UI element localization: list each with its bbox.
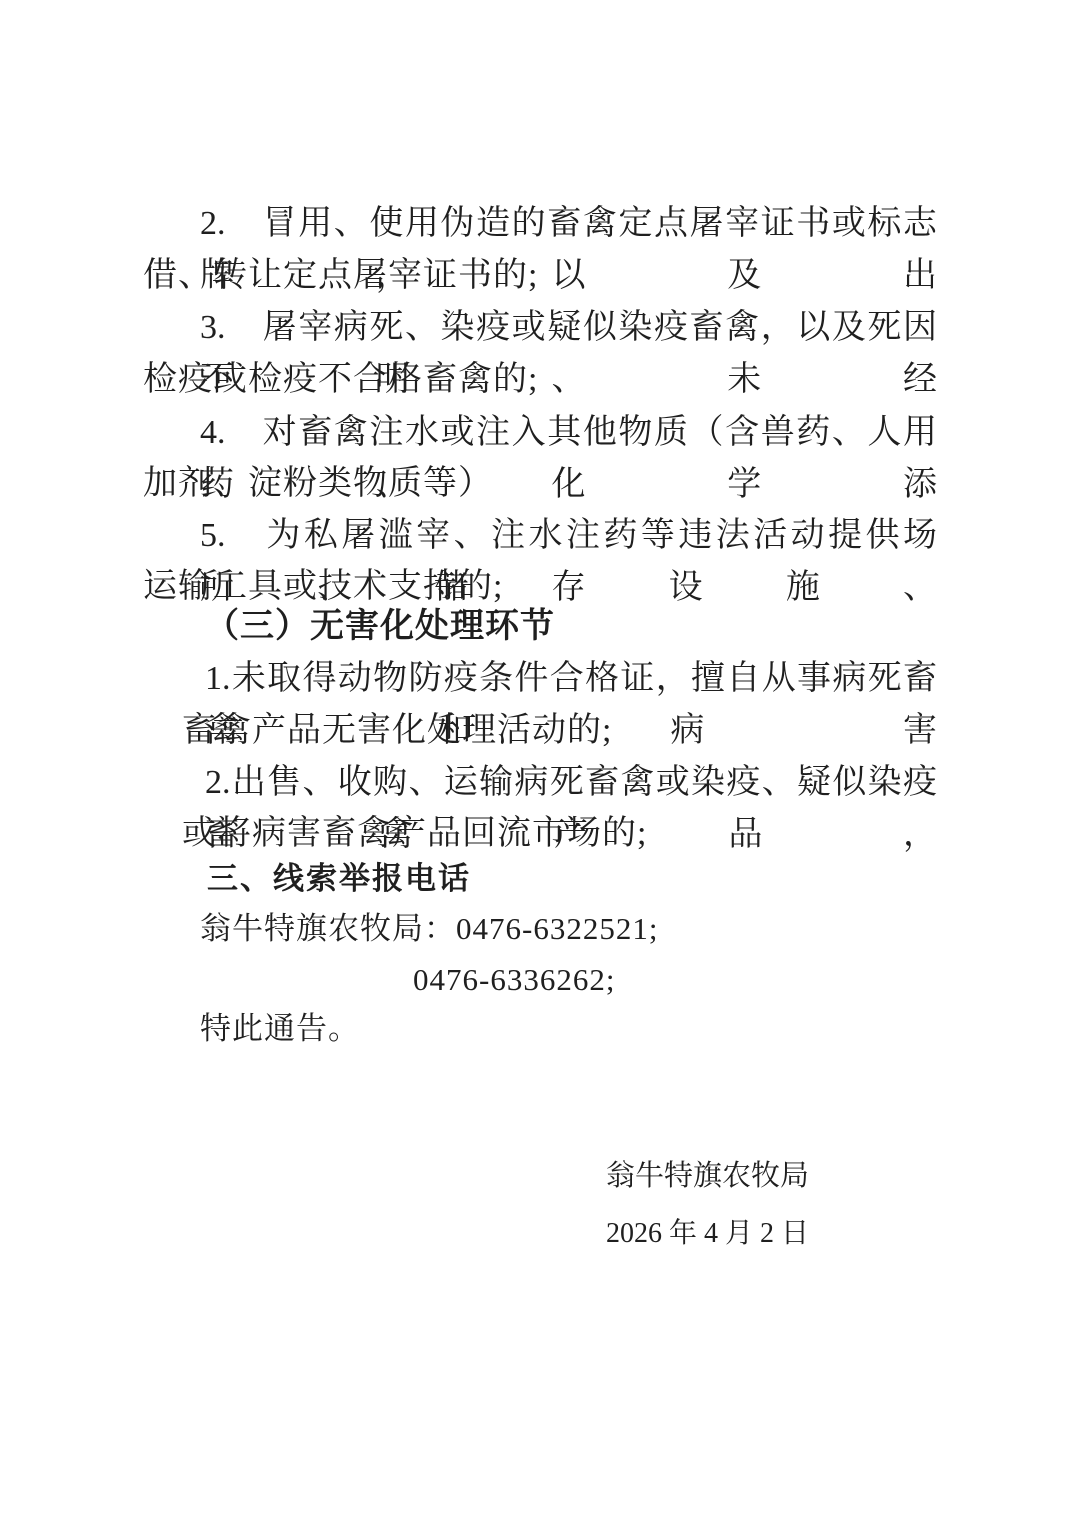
hotline-phone-line-2: 0476-6336262; bbox=[413, 954, 615, 1006]
closing-statement: 特此通告。 bbox=[200, 1003, 360, 1055]
hotline-section-heading: 三、线索举报电话 bbox=[207, 853, 471, 905]
signature-date: 2026 年 4 月 2 日 bbox=[606, 1208, 809, 1260]
signature-agency: 翁牛特旗农牧局 bbox=[606, 1150, 809, 1202]
harmless-item-1-line-2: 畜禽产品无害化处理活动的; bbox=[182, 705, 612, 757]
notice-page: 2. 冒用、使用伪造的畜禽定点屠宰证书或标志牌，以及出 借、转让定点屠宰证书的;… bbox=[0, 0, 1074, 1520]
harmless-section-heading: （三）无害化处理环节 bbox=[205, 601, 555, 653]
slaughter-item-2-line-2: 借、转让定点屠宰证书的; bbox=[143, 250, 538, 302]
hotline-phone-line-1: 翁牛特旗农牧局：0476-6322521; bbox=[200, 903, 658, 955]
slaughter-item-4-line-2: 加剂、淀粉类物质等） bbox=[143, 458, 493, 510]
slaughter-item-3-line-2: 检疫或检疫不合格畜禽的; bbox=[143, 354, 538, 406]
